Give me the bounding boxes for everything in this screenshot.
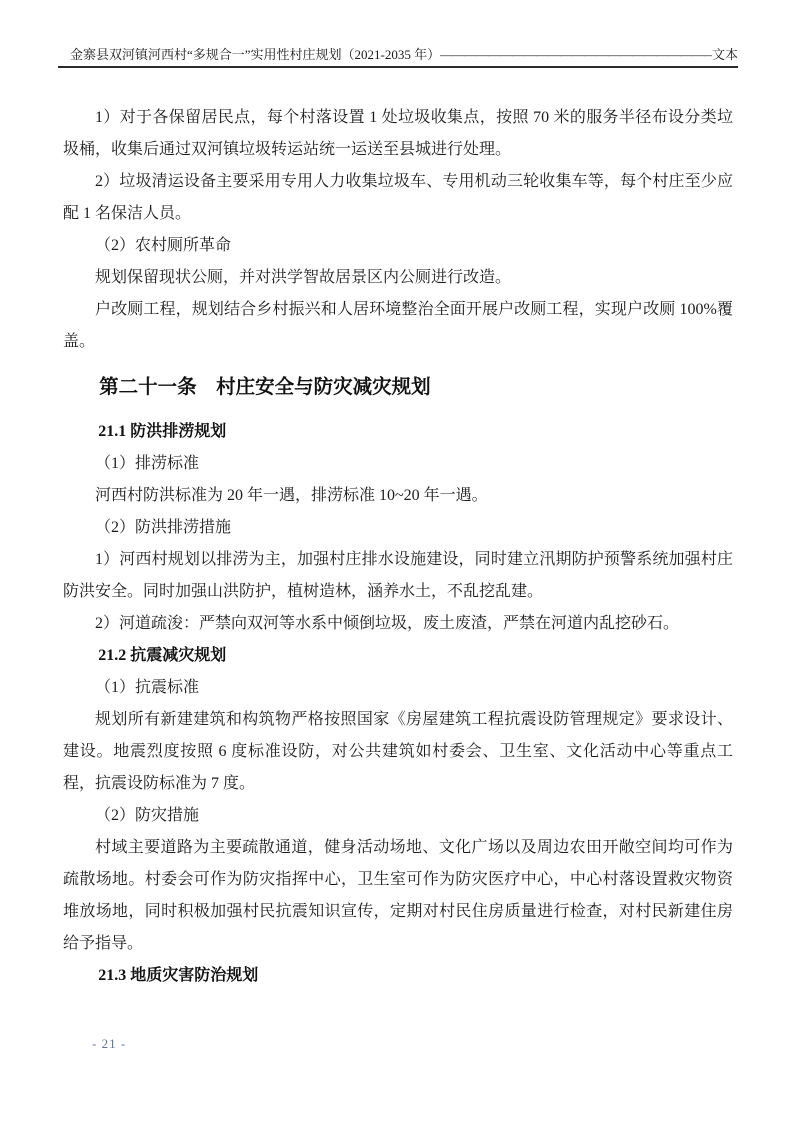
subsection-heading-21-1: 21.1 防洪排涝规划: [63, 416, 733, 448]
paragraph-drainage-standard-title: （1）排涝标准: [63, 448, 733, 480]
document-page: 金寨县双河镇河西村“多规合一”实用性村庄规划（2021-2035 年） ————…: [0, 0, 794, 1122]
page-number: - 21 -: [92, 1035, 126, 1053]
paragraph-flood-measure-2: 2）河道疏浚：严禁向双河等水系中倾倒垃圾，废土废渣，严禁在河道内乱挖砂石。: [63, 608, 733, 640]
paragraph-toilet-revolution-title: （2）农村厕所革命: [63, 230, 733, 262]
section-heading-article-21: 第二十一条 村庄安全与防灾减灾规划: [63, 373, 733, 403]
paragraph-disaster-measures: 村域主要道路为主要疏散通道，健身活动场地、文化广场以及周边农田开敞空间均可作为疏…: [63, 832, 733, 960]
document-body: 1）对于各保留居民点，每个村落设置 1 处垃圾收集点，按照 70 米的服务半径布…: [63, 102, 733, 992]
subsection-heading-21-3: 21.3 地质灾害防治规划: [63, 960, 733, 992]
page-header: 金寨县双河镇河西村“多规合一”实用性村庄规划（2021-2035 年） ————…: [58, 46, 738, 68]
header-title: 金寨县双河镇河西村“多规合一”实用性村庄规划（2021-2035 年）: [58, 46, 440, 63]
subsection-heading-21-2: 21.2 抗震减灾规划: [63, 640, 733, 672]
paragraph-flood-measures-title: （2）防洪排涝措施: [63, 512, 733, 544]
header-dash-filler: ————————————————————————: [440, 46, 712, 63]
paragraph-public-toilet: 规划保留现状公厕，并对洪学智故居景区内公厕进行改造。: [63, 262, 733, 294]
paragraph-seismic-standard-title: （1）抗震标准: [63, 672, 733, 704]
header-doc-type-label: 文本: [712, 46, 738, 63]
paragraph-waste-collection-2: 2）垃圾清运设备主要采用专用人力收集垃圾车、专用机动三轮收集车等，每个村庄至少应…: [63, 166, 733, 230]
paragraph-disaster-measures-title: （2）防灾措施: [63, 800, 733, 832]
paragraph-flood-standard: 河西村防洪标准为 20 年一遇，排涝标准 10~20 年一遇。: [63, 480, 733, 512]
paragraph-household-toilet: 户改厕工程，规划结合乡村振兴和人居环境整治全面开展户改厕工程，实现户改厕 100…: [63, 294, 733, 358]
paragraph-seismic-standard: 规划所有新建建筑和构筑物严格按照国家《房屋建筑工程抗震设防管理规定》要求设计、建…: [63, 704, 733, 800]
paragraph-flood-measure-1: 1）河西村规划以排涝为主，加强村庄排水设施建设，同时建立汛期防护预警系统加强村庄…: [63, 544, 733, 608]
paragraph-waste-collection-1: 1）对于各保留居民点，每个村落设置 1 处垃圾收集点，按照 70 米的服务半径布…: [63, 102, 733, 166]
